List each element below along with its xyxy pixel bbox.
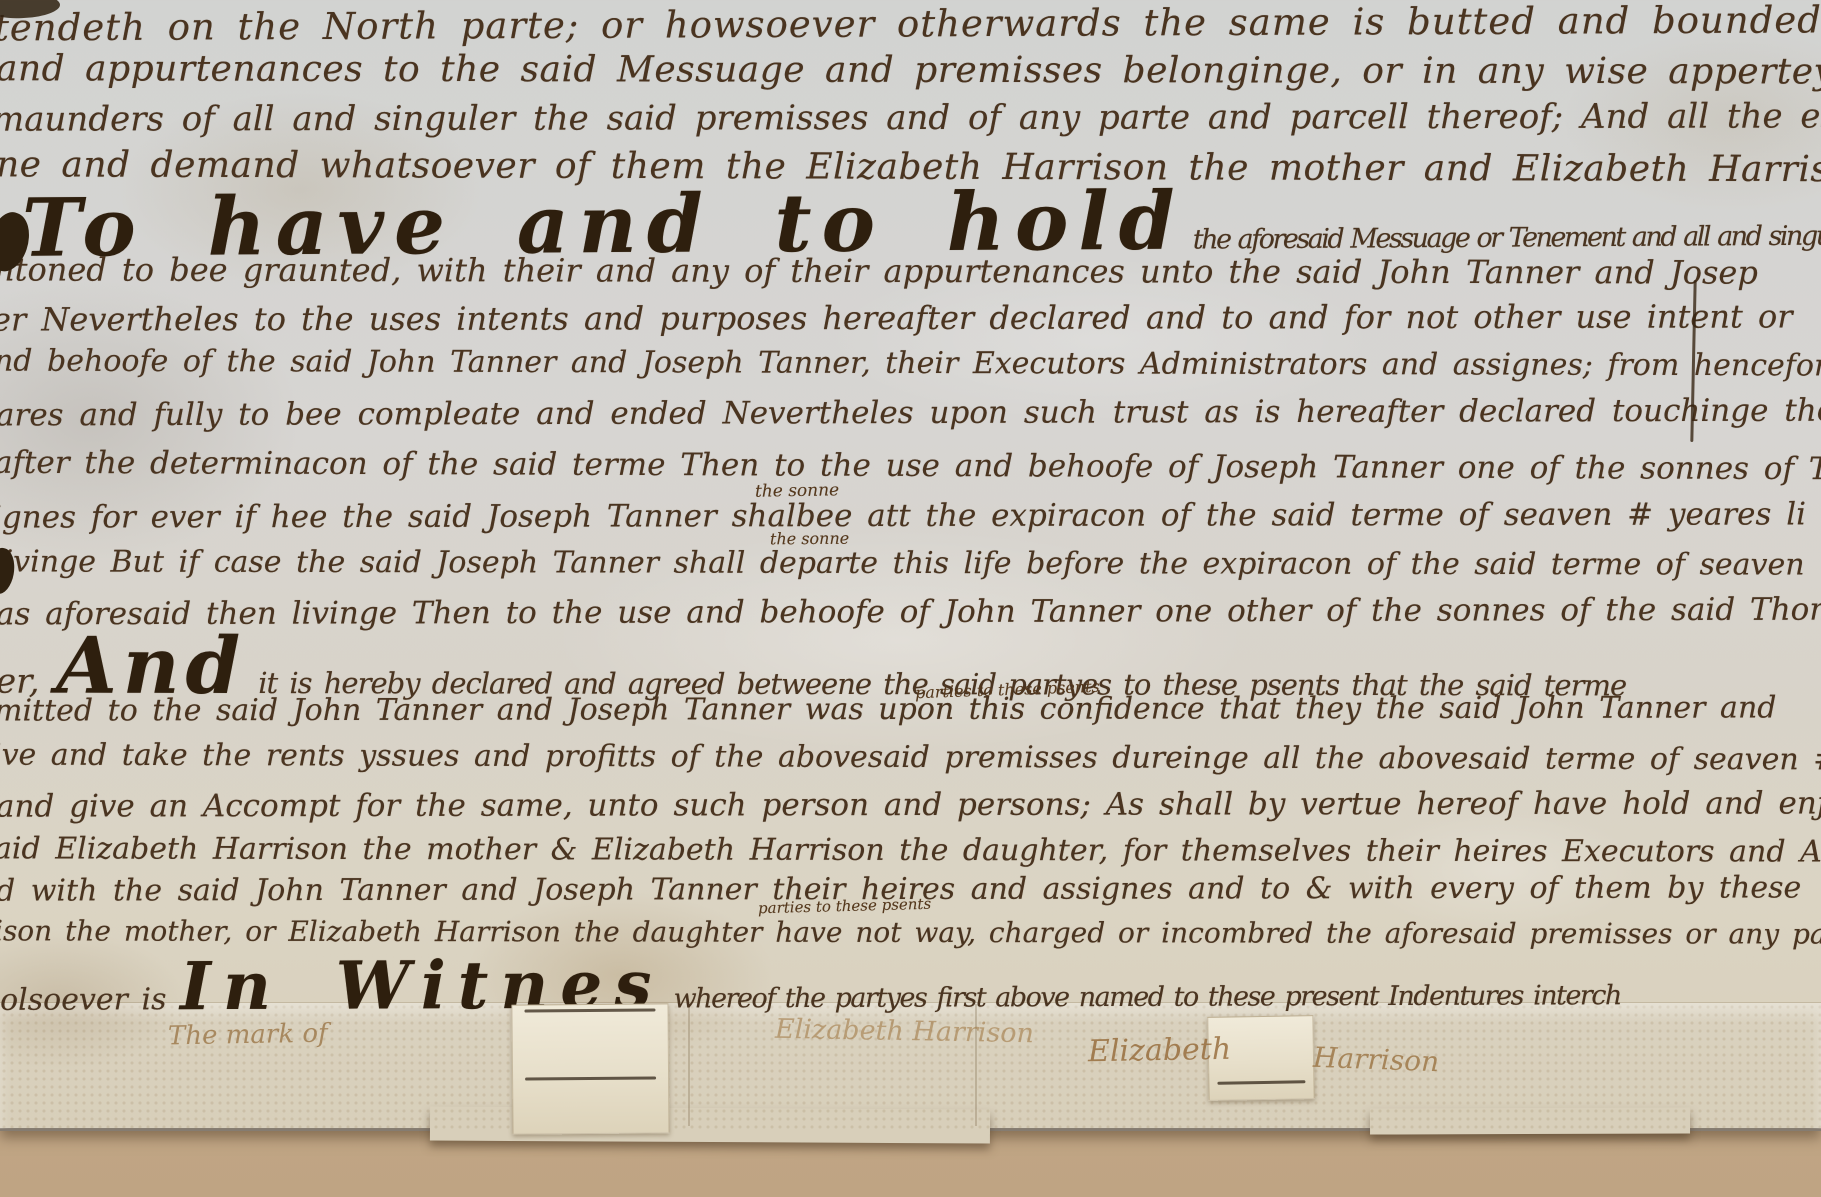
manuscript-line-10: after the determinacon of the said terme… [0,445,1821,488]
manuscript-line-21: olsoever is In Witnes whereof the partye… [0,942,1621,1026]
seal-tag [511,1003,669,1134]
signature-harrison: Harrison [1312,1041,1439,1078]
seal-slit [525,1076,655,1080]
manuscript-line-2: and appurtenances to the said Messuage a… [0,48,1821,92]
manuscript-photo: tendeth on the North parte; or howsoever… [0,0,1821,1197]
signature-elizabeth-harrison: Elizabeth Harrison [775,1014,1034,1050]
manuscript-line-17: and give an Accompt for the same, unto s… [0,785,1821,824]
manuscript-line-3: maunders of all and singuler the said pr… [0,96,1821,139]
manuscript-line-11: ignes for ever if hee the said Joseph Ta… [0,496,1806,535]
interline-insertion: the sonne [770,529,849,549]
manuscript-line-7: er Nevertheles to the uses intents and p… [0,297,1793,338]
line-fragment: the aforesaid Messuage or Tenement and a… [1185,220,1821,255]
line-fragment: whereof the partyes first above named to… [663,980,1620,1014]
signature-mark-label: The mark of [168,1019,328,1052]
manuscript-line-12: livinge But if case the said Joseph Tann… [0,544,1805,582]
manuscript-line-8: nd behoofe of the said John Tanner and J… [0,344,1821,384]
interline-insertion: the sonne [755,480,840,501]
manuscript-line-18: aid Elizabeth Harrison the mother & Eliz… [0,831,1821,869]
seal-slit [1218,1080,1305,1085]
manuscript-line-1: tendeth on the North parte; or howsoever… [0,0,1821,49]
signature-elizabeth: Elizabeth [1088,1032,1232,1069]
line-fragment: olsoever is [0,982,180,1018]
manuscript-line-9: ares and fully to bee compleate and ende… [0,393,1821,434]
manuscript-line-6: ntoned to bee graunted, with their and a… [0,250,1758,291]
manuscript-line-16: ive and take the rents yssues and profit… [0,738,1821,778]
seal-slit [525,1008,655,1012]
manuscript-line-15: mitted to the said John Tanner and Josep… [0,690,1776,728]
